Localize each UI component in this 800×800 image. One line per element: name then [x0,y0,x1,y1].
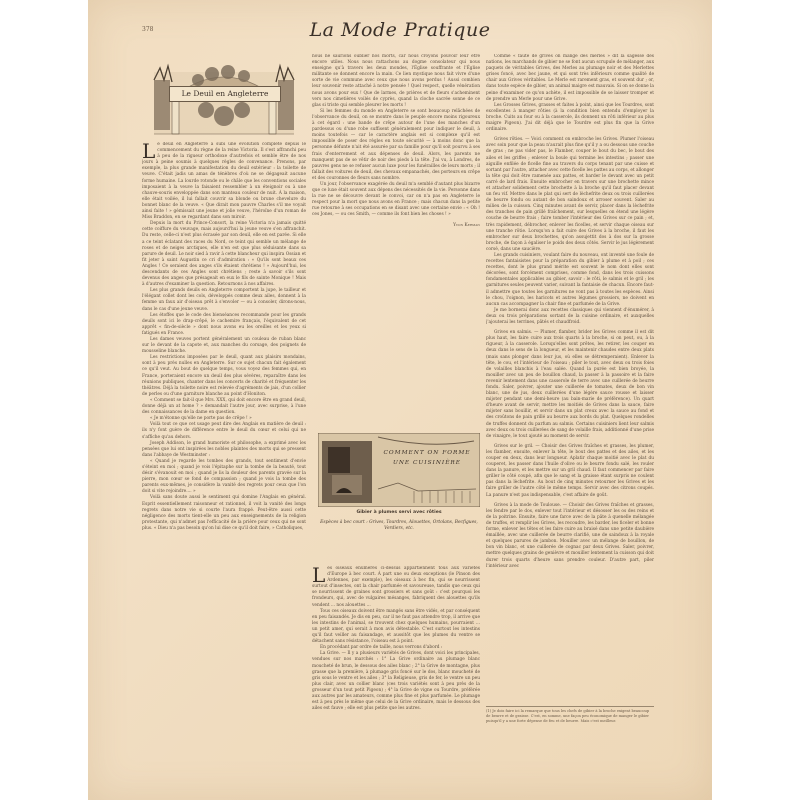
illustration-heading: COMMENT ON FORME UNE CUISINIÈRE [378,448,476,468]
paragraph: « Comment se fait-il que Mrs. XXX, qui d… [142,398,306,416]
paragraph: Joseph Addison, le grand humoriste et ph… [142,441,306,459]
drop-cap: L [312,566,325,584]
paragraph: es oiseaux énumérés ci-dessus appartienn… [312,566,480,609]
paragraph: Grives sur le gril. — Choisir des Grives… [486,444,654,499]
author-signature: Yvon Kerman [312,223,480,229]
paragraph: Voilà sans doute aussi le sentiment qui … [142,495,306,532]
drop-cap: L [142,142,155,160]
paragraph: La Grive. — Il y a plusieurs variétés de… [312,651,480,712]
heading-line: UNE CUISINIÈRE [378,458,476,468]
article2-column3: Comme « faute de grives on mange des mer… [486,54,654,694]
paragraph: nous ne saurions oublier nos morts, car … [312,54,480,109]
paragraph: « Quand je regarde les tombes des grands… [142,459,306,496]
illustration-subcaption: Espèces à bec court : Grives, Tourdres, … [318,520,480,532]
paragraph: e deuil en Angleterre a subi une évoluti… [142,142,306,221]
article1-column1: L e deuil en Angleterre a subi une évolu… [142,142,306,732]
paragraph: Grives à la mode de Toulouse. — Choisir … [486,503,654,570]
paragraph: Grives en salmis. — Plumer, flamber, bri… [486,330,654,440]
heading-line: COMMENT ON FORME [378,448,476,458]
paragraph: Je me bornerai donc aux recettes classiq… [486,308,654,326]
paragraph: Voilà tout ce que cet usage peut dire de… [142,422,306,440]
paragraph: Les restrictions imposées par le deuil, … [142,355,306,398]
magazine-page: 378 La Mode Pratique Le Deuil en Anglete… [88,0,712,800]
article1-column2: nous ne saurions oublier nos morts, car … [312,54,480,384]
paragraph: Un jour, l'observance exagérée du deuil … [312,182,480,219]
paragraph: Les Grosses Grives, grasses et faites à … [486,103,654,133]
article-title: Le Deuil en Angleterre [169,86,281,102]
footnote: (1) Je dois faire ici la remarque que to… [486,706,654,724]
illustration-caption: Gibier à plumes servi avec rôties [318,510,480,515]
kitchen-engraving [318,433,480,507]
masthead-title: La Mode Pratique [88,19,712,41]
paragraph: Grives rôties. — Voici comment on embroc… [486,137,654,253]
paragraph: Depuis la mort du Prince-Consort, la rei… [142,221,306,288]
paragraph: Si les femmes du monde en Angleterre se … [312,109,480,182]
article2-column2: L es oiseaux énumérés ci-dessus appartie… [312,566,480,742]
paragraph: Les dames veuves portent généralement un… [142,337,306,355]
paragraph: Tous ces oiseaux doivent être mangés san… [312,609,480,646]
article-header-vignette: Le Deuil en Angleterre [148,60,300,140]
paragraph: Les étoffes que le code des bienséances … [142,313,306,337]
paragraph: Comme « faute de grives on mange des mer… [486,54,654,103]
paragraph: Les plus grands deuils en Angleterre com… [142,288,306,312]
paragraph: Les grands cuisiniers, voulant faire du … [486,253,654,308]
